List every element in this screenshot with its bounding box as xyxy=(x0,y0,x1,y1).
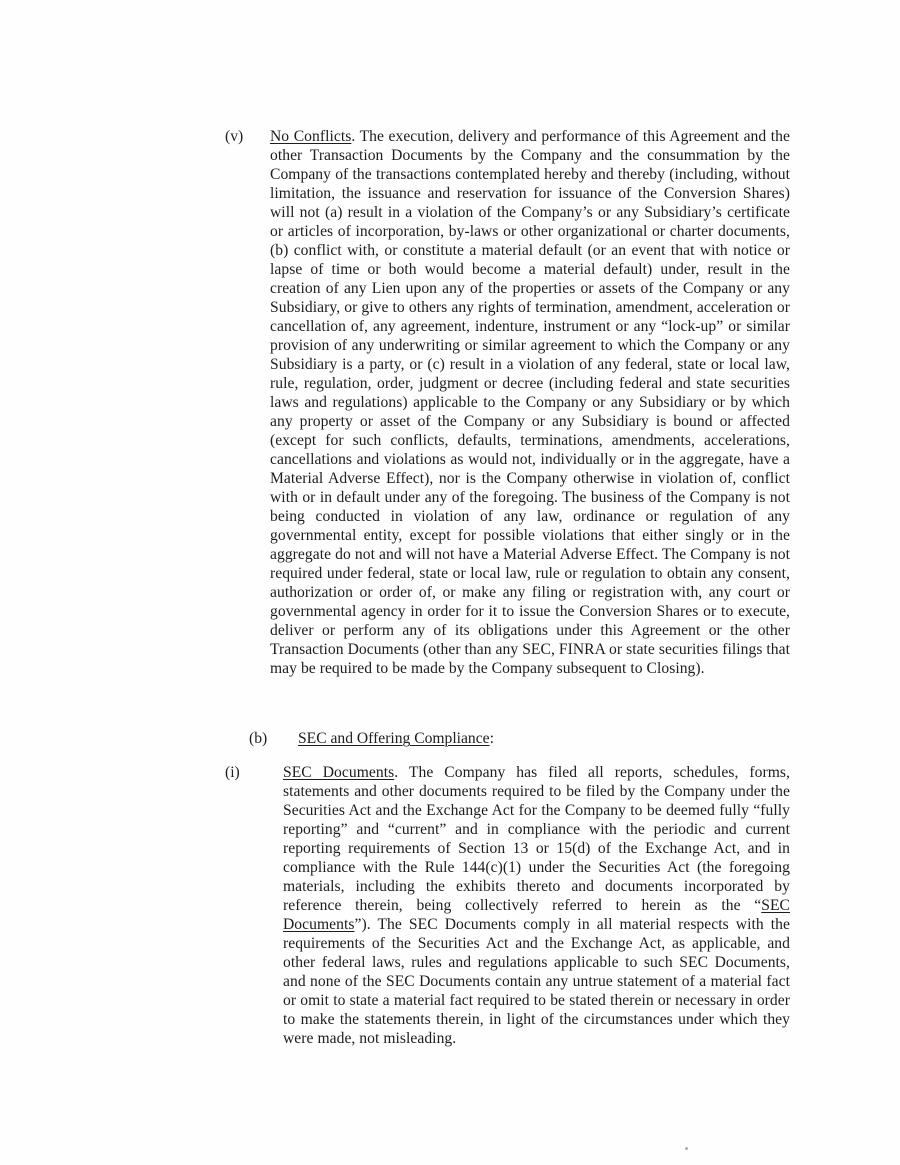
clause-v-defined-term: No Conflicts xyxy=(270,128,351,145)
clause-i-body-text-1: . The Company has filed all reports, sch… xyxy=(283,764,790,914)
scan-artifact-dot xyxy=(685,1147,688,1150)
clause-i-body-text-2: ”). The SEC Documents comply in all mate… xyxy=(283,916,790,1047)
scanned-document-page: (v) No Conflicts. The execution, deliver… xyxy=(0,0,900,1165)
clause-v-body-text: . The execution, delivery and performanc… xyxy=(270,128,790,677)
clause-b-marker: (b) xyxy=(249,729,267,748)
clause-v-paragraph: No Conflicts. The execution, delivery an… xyxy=(270,127,790,678)
clause-b-heading-text: SEC and Offering Compliance xyxy=(298,730,490,747)
clause-b-heading: SEC and Offering Compliance: xyxy=(298,729,494,748)
clause-i-defined-term: SEC Documents xyxy=(283,764,394,781)
clause-i-paragraph: SEC Documents. The Company has filed all… xyxy=(283,763,790,1048)
clause-i-marker: (i) xyxy=(225,763,240,782)
clause-v-marker: (v) xyxy=(225,127,243,146)
clause-b-heading-colon: : xyxy=(490,730,494,747)
